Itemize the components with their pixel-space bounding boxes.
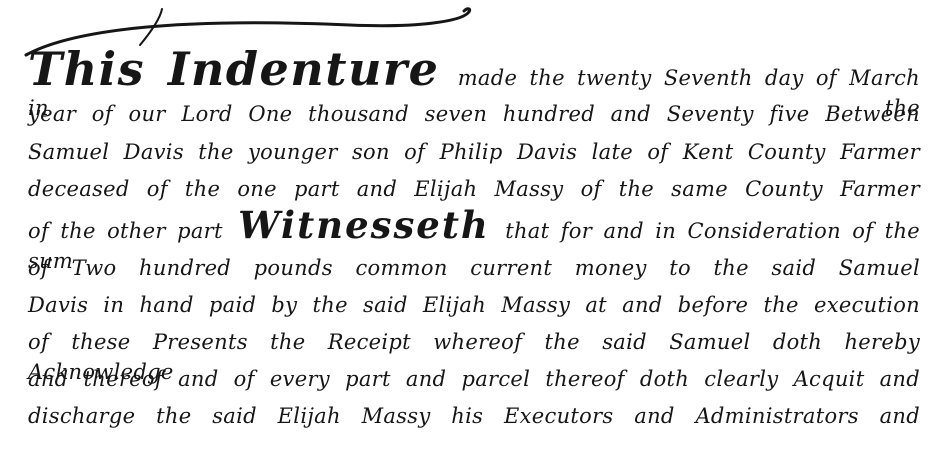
document-line-7: Davis in hand paid by the said Elijah Ma… — [28, 290, 920, 320]
document-line-3: Samuel Davis the younger son of Philip D… — [28, 137, 920, 167]
indenture-document-scan: This Indenture made the twenty Seventh d… — [0, 0, 950, 460]
document-line-2: year of our Lord One thousand seven hund… — [28, 99, 920, 129]
line-5-prefix: of the other part — [28, 219, 223, 243]
opening-phrase: This Indenture — [28, 42, 445, 96]
witnesseth-keyword: Witnesseth — [234, 203, 494, 247]
document-line-9: and thereof and of every part and parcel… — [28, 364, 920, 394]
document-line-10: discharge the said Elijah Massy his Exec… — [28, 401, 920, 431]
document-line-6: of Two hundred pounds common current mon… — [28, 253, 920, 283]
document-line-4: deceased of the one part and Elijah Mass… — [28, 174, 920, 204]
